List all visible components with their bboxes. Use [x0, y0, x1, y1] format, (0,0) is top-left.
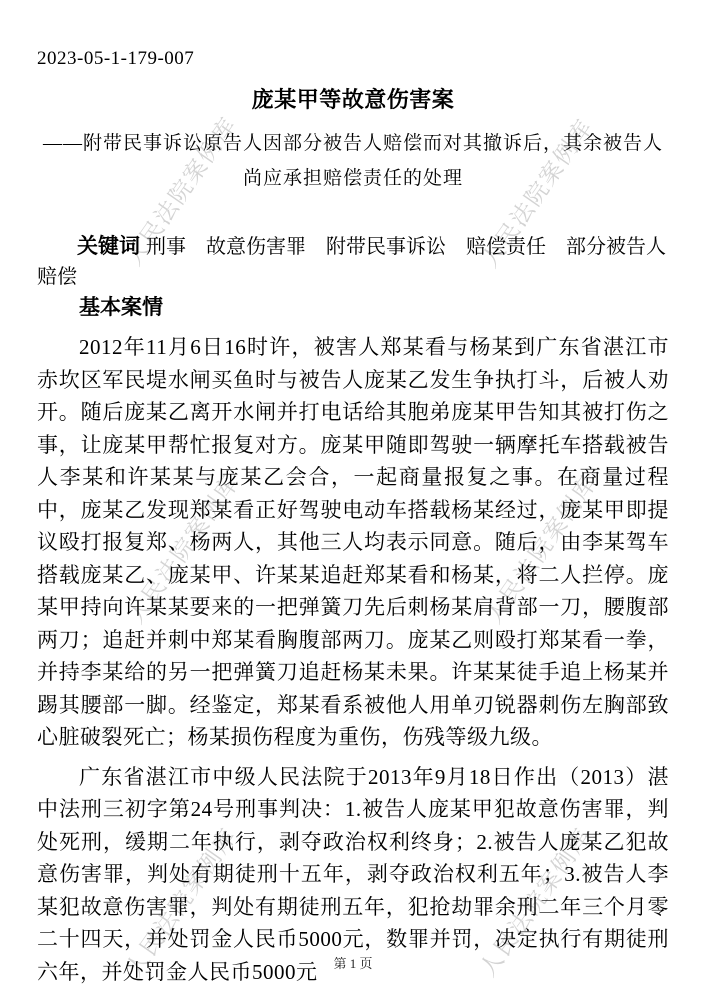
- case-title: 庞某甲等故意伤害案: [37, 85, 669, 115]
- case-subtitle-line-1: ——附带民事诉讼原告人因部分被告人赔偿而对其撤诉后，其余被告人: [37, 126, 669, 161]
- document-page: 人民法院案例库人民法院案例库人民法院案例库人民法院案例库人民法院案例库人民法院案…: [0, 0, 706, 999]
- case-subtitle-line-2: 尚应承担赔偿责任的处理: [37, 161, 669, 196]
- doc-number: 2023-05-1-179-007: [37, 46, 669, 72]
- page-footer: 第 1 页: [0, 953, 706, 972]
- keywords-label: 关键词: [77, 235, 140, 258]
- case-subtitle: ——附带民事诉讼原告人因部分被告人赔偿而对其撤诉后，其余被告人 尚应承担赔偿责任…: [37, 126, 669, 196]
- keywords-line: 关键词刑事 故意伤害罪 附带民事诉讼 赔偿责任 部分被告人赔偿: [37, 232, 669, 292]
- section-heading-basic-facts: 基本案情: [37, 293, 669, 323]
- paragraph-case-facts: 2012年11月6日16时许，被害人郑某看与杨某到广东省湛江市赤坎区军民堤水闸买…: [37, 331, 669, 754]
